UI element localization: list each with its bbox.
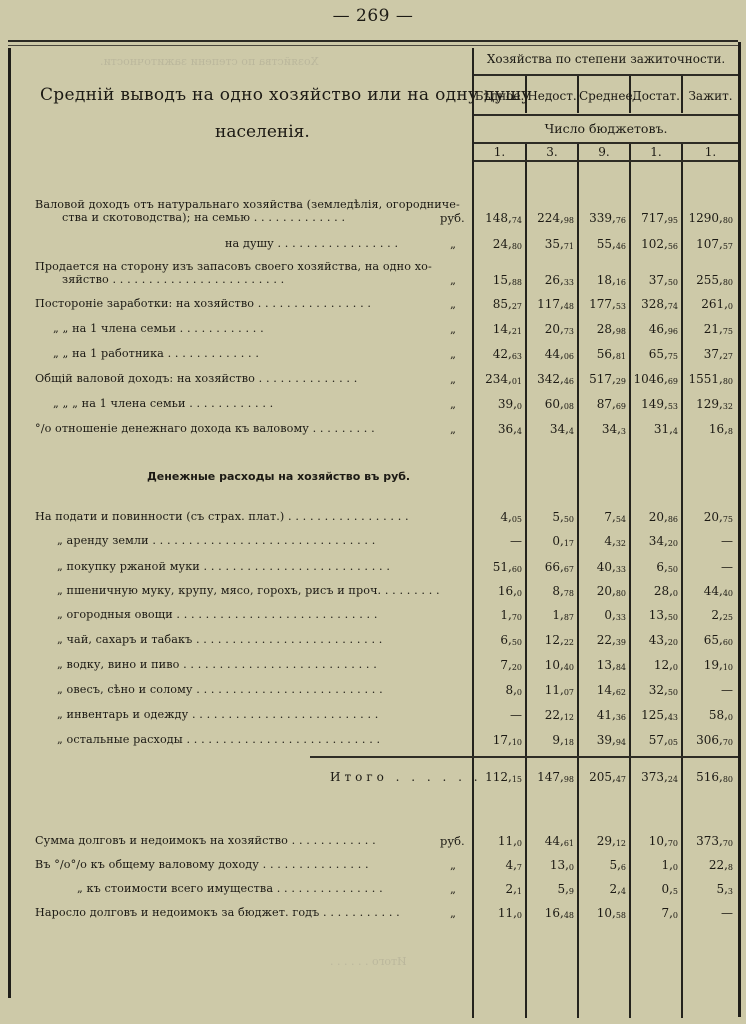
value-cell: 5,6 bbox=[609, 858, 626, 872]
value-cell: 373,70 bbox=[696, 834, 733, 848]
row-label: На подати и повинности (съ страх. плат.)… bbox=[35, 510, 409, 523]
value-cell: 8,0 bbox=[505, 683, 522, 697]
value-cell: 117,48 bbox=[537, 297, 574, 311]
value-cell: 6,50 bbox=[500, 633, 522, 647]
value-cell: 16,8 bbox=[709, 422, 733, 436]
value-cell: 65,75 bbox=[649, 347, 678, 361]
row-unit: „ bbox=[450, 372, 456, 386]
column-divider bbox=[472, 48, 474, 1018]
value-cell: 66,67 bbox=[545, 560, 574, 574]
value-cell: 112,15 bbox=[485, 770, 522, 784]
value-cell: 43,20 bbox=[649, 633, 678, 647]
value-cell: 34,20 bbox=[649, 534, 678, 548]
value-cell: 46,96 bbox=[649, 322, 678, 336]
value-cell: 17,10 bbox=[493, 733, 522, 747]
value-cell: 255,80 bbox=[696, 273, 733, 287]
value-cell: 14,62 bbox=[597, 683, 626, 697]
row-unit: „ bbox=[450, 882, 456, 896]
value-cell: 10,58 bbox=[597, 906, 626, 920]
row-label: „ чай, сахаръ и табакъ . . . . . . . . .… bbox=[57, 633, 382, 646]
value-cell: 24,80 bbox=[493, 237, 522, 251]
value-cell: 28,98 bbox=[597, 322, 626, 336]
value-cell: 36,4 bbox=[498, 422, 522, 436]
value-cell: 0,33 bbox=[604, 608, 626, 622]
value-cell: 148,74 bbox=[485, 211, 522, 225]
budget-count: 9. bbox=[579, 145, 629, 159]
value-cell: 56,81 bbox=[597, 347, 626, 361]
value-cell: 7,0 bbox=[661, 906, 678, 920]
value-cell: 5,50 bbox=[552, 510, 574, 524]
value-cell: 14,21 bbox=[493, 322, 522, 336]
value-cell: 1290,80 bbox=[688, 211, 733, 225]
frame-top-rule bbox=[8, 40, 738, 42]
row-label: на душу . . . . . . . . . . . . . . . . … bbox=[225, 237, 398, 250]
value-cell: 7,54 bbox=[604, 510, 626, 524]
budget-count-title: Число бюджетовъ. bbox=[474, 121, 738, 136]
total-rule bbox=[310, 756, 738, 758]
page-number: — 269 — bbox=[0, 6, 746, 26]
row-unit: „ bbox=[450, 322, 456, 336]
value-cell: 4,05 bbox=[500, 510, 522, 524]
row-label: „ „ „ на 1 члена семьи . . . . . . . . .… bbox=[53, 397, 273, 410]
row-label: „ остальные расходы . . . . . . . . . . … bbox=[57, 733, 380, 746]
value-cell: 57,05 bbox=[649, 733, 678, 747]
value-cell: 65,60 bbox=[704, 633, 733, 647]
value-cell: 2,25 bbox=[711, 608, 733, 622]
value-cell: 4,7 bbox=[505, 858, 522, 872]
value-cell: 5,3 bbox=[716, 882, 733, 896]
category-wealthy: Зажит. bbox=[683, 89, 738, 103]
value-cell: 1551,80 bbox=[688, 372, 733, 386]
value-cell: — bbox=[721, 906, 733, 920]
row-label: „ покупку ржаной муки . . . . . . . . . … bbox=[57, 560, 390, 573]
row-label: Въ °/o°/o къ общему валовому доходу . . … bbox=[35, 858, 369, 871]
value-cell: 20,73 bbox=[545, 322, 574, 336]
column-divider bbox=[681, 143, 683, 1018]
row-label: Наросло долговъ и недоимокъ за бюджет. г… bbox=[35, 906, 400, 919]
value-cell: 1046,69 bbox=[633, 372, 678, 386]
header-rule bbox=[474, 142, 738, 144]
row-label: Валовой доходъ отъ натуральнаго хозяйств… bbox=[35, 198, 460, 211]
row-label: °/o отношенiе денежнаго дохода къ валово… bbox=[35, 422, 375, 435]
value-cell: 37,27 bbox=[704, 347, 733, 361]
category-insufficient: Недост. bbox=[527, 89, 577, 103]
value-cell: 19,10 bbox=[704, 658, 733, 672]
value-cell: 13,84 bbox=[597, 658, 626, 672]
row-unit: „ bbox=[450, 237, 456, 251]
value-cell: 13,0 bbox=[550, 858, 574, 872]
value-cell: 102,56 bbox=[641, 237, 678, 251]
value-cell: 0,17 bbox=[552, 534, 574, 548]
value-cell: 7,20 bbox=[500, 658, 522, 672]
row-label: „ аренду земли . . . . . . . . . . . . .… bbox=[57, 534, 375, 547]
value-cell: 224,98 bbox=[537, 211, 574, 225]
value-cell: 35,71 bbox=[545, 237, 574, 251]
value-cell: 12,22 bbox=[545, 633, 574, 647]
value-cell: 107,57 bbox=[696, 237, 733, 251]
value-cell: 5,9 bbox=[557, 882, 574, 896]
row-label: „ „ на 1 работника . . . . . . . . . . .… bbox=[53, 347, 259, 360]
value-cell: 306,70 bbox=[696, 733, 733, 747]
value-cell: 717,95 bbox=[641, 211, 678, 225]
budget-count: 1. bbox=[631, 145, 681, 159]
value-cell: 21,75 bbox=[704, 322, 733, 336]
row-unit: „ bbox=[450, 297, 456, 311]
value-cell: — bbox=[721, 560, 733, 574]
value-cell: 20,80 bbox=[597, 584, 626, 598]
row-label: „ къ стоимости всего имущества . . . . .… bbox=[77, 882, 383, 895]
value-cell: — bbox=[721, 534, 733, 548]
budget-count: 1. bbox=[683, 145, 738, 159]
value-cell: 1,70 bbox=[500, 608, 522, 622]
frame-right-rule bbox=[738, 42, 741, 1017]
value-cell: 125,43 bbox=[641, 708, 678, 722]
row-label-continued: ства и скотоводства); на семью . . . . .… bbox=[62, 211, 345, 224]
column-divider bbox=[629, 143, 631, 1018]
row-unit: „ bbox=[450, 273, 456, 287]
value-cell: 328,74 bbox=[641, 297, 678, 311]
value-cell: 34,3 bbox=[602, 422, 626, 436]
row-label: „ инвентарь и одежду . . . . . . . . . .… bbox=[57, 708, 378, 721]
row-label: Сумма долговъ и недоимокъ на хозяйство .… bbox=[35, 834, 376, 847]
budget-count: 3. bbox=[527, 145, 577, 159]
value-cell: 55,46 bbox=[597, 237, 626, 251]
value-cell: 22,8 bbox=[709, 858, 733, 872]
value-cell: 16,48 bbox=[545, 906, 574, 920]
row-label: „ пшеничную муку, крупу, мясо, горохъ, р… bbox=[57, 584, 440, 597]
value-cell: 58,0 bbox=[709, 708, 733, 722]
value-cell: 41,36 bbox=[597, 708, 626, 722]
category-middle: Среднее. bbox=[579, 89, 629, 103]
value-cell: 60,08 bbox=[545, 397, 574, 411]
value-cell: 517,29 bbox=[589, 372, 626, 386]
value-cell: 8,78 bbox=[552, 584, 574, 598]
row-unit: „ bbox=[450, 858, 456, 872]
value-cell: 51,60 bbox=[493, 560, 522, 574]
value-cell: 129,32 bbox=[696, 397, 733, 411]
frame-left-rule bbox=[8, 48, 11, 998]
value-cell: 22,39 bbox=[597, 633, 626, 647]
value-cell: 13,50 bbox=[649, 608, 678, 622]
group-header: Хозяйства по степени зажиточности. bbox=[474, 52, 738, 66]
value-cell: 44,40 bbox=[704, 584, 733, 598]
value-cell: 147,98 bbox=[537, 770, 574, 784]
value-cell: 16,0 bbox=[498, 584, 522, 598]
value-cell: 32,50 bbox=[649, 683, 678, 697]
value-cell: 39,0 bbox=[498, 397, 522, 411]
column-divider bbox=[577, 143, 579, 1018]
row-label: Общiй валовой доходъ: на хозяйство . . .… bbox=[35, 372, 357, 385]
bleed-through-text: Итого . . . . . . bbox=[330, 955, 407, 968]
row-label: Продается на сторону изъ запасовъ своего… bbox=[35, 260, 432, 273]
row-unit: „ bbox=[450, 422, 456, 436]
category-sufficient: Достат. bbox=[631, 89, 681, 103]
header-rule bbox=[474, 74, 738, 76]
value-cell: 15,88 bbox=[493, 273, 522, 287]
frame-top-rule-thin bbox=[8, 45, 738, 46]
value-cell: 2,4 bbox=[609, 882, 626, 896]
category-poor: Бѣдное. bbox=[474, 89, 525, 103]
row-unit: руб. bbox=[440, 211, 465, 225]
table-title: Среднiй выводъ на одно хозяйство или на … bbox=[40, 85, 440, 105]
value-cell: 1,0 bbox=[661, 858, 678, 872]
value-cell: 0,5 bbox=[661, 882, 678, 896]
value-cell: 20,75 bbox=[704, 510, 733, 524]
row-unit: „ bbox=[450, 347, 456, 361]
value-cell: 10,70 bbox=[649, 834, 678, 848]
value-cell: 9,18 bbox=[552, 733, 574, 747]
row-label: „ водку, вино и пиво . . . . . . . . . .… bbox=[57, 658, 377, 671]
value-cell: 37,50 bbox=[649, 273, 678, 287]
value-cell: 11,0 bbox=[498, 906, 522, 920]
value-cell: 2,1 bbox=[505, 882, 522, 896]
row-label: „ огородныя овощи . . . . . . . . . . . … bbox=[57, 608, 378, 621]
value-cell: — bbox=[510, 534, 522, 548]
row-unit: „ bbox=[450, 397, 456, 411]
value-cell: 10,40 bbox=[545, 658, 574, 672]
value-cell: 339,76 bbox=[589, 211, 626, 225]
value-cell: 6,50 bbox=[656, 560, 678, 574]
row-label: Посторонiе заработки: на хозяйство . . .… bbox=[35, 297, 371, 310]
expenses-section-title: Денежные расходы на хозяйство въ руб. bbox=[147, 470, 410, 483]
value-cell: 87,69 bbox=[597, 397, 626, 411]
value-cell: 18,16 bbox=[597, 273, 626, 287]
value-cell: 12,0 bbox=[654, 658, 678, 672]
value-cell: 85,27 bbox=[493, 297, 522, 311]
total-label: Итого . . . . . . bbox=[330, 770, 482, 784]
row-label-continued: зяйство . . . . . . . . . . . . . . . . … bbox=[62, 273, 284, 286]
value-cell: 34,4 bbox=[550, 422, 574, 436]
value-cell: 1,87 bbox=[552, 608, 574, 622]
value-cell: 149,53 bbox=[641, 397, 678, 411]
column-divider bbox=[525, 143, 527, 1018]
value-cell: 44,06 bbox=[545, 347, 574, 361]
row-unit: руб. bbox=[440, 834, 465, 848]
value-cell: — bbox=[510, 708, 522, 722]
value-cell: 205,47 bbox=[589, 770, 626, 784]
value-cell: 261,0 bbox=[701, 297, 733, 311]
table-title-continued: населенiя. bbox=[215, 122, 310, 142]
budget-count: 1. bbox=[474, 145, 525, 159]
value-cell: 373,24 bbox=[641, 770, 678, 784]
value-cell: 11,07 bbox=[545, 683, 574, 697]
row-label: „ овесъ, сѣно и солому . . . . . . . . .… bbox=[57, 683, 383, 696]
value-cell: 516,80 bbox=[696, 770, 733, 784]
value-cell: 20,86 bbox=[649, 510, 678, 524]
value-cell: 11,0 bbox=[498, 834, 522, 848]
value-cell: 39,94 bbox=[597, 733, 626, 747]
value-cell: 44,61 bbox=[545, 834, 574, 848]
header-rule bbox=[474, 160, 738, 162]
value-cell: 28,0 bbox=[654, 584, 678, 598]
value-cell: 22,12 bbox=[545, 708, 574, 722]
value-cell: 234,01 bbox=[485, 372, 522, 386]
bleed-through-text: Хозяйства по степени зажиточности. bbox=[100, 55, 318, 68]
value-cell: 40,33 bbox=[597, 560, 626, 574]
value-cell: 26,33 bbox=[545, 273, 574, 287]
value-cell: 342,46 bbox=[537, 372, 574, 386]
value-cell: — bbox=[721, 683, 733, 697]
row-label: „ „ на 1 члена семьи . . . . . . . . . .… bbox=[53, 322, 264, 335]
value-cell: 177,53 bbox=[589, 297, 626, 311]
value-cell: 29,12 bbox=[597, 834, 626, 848]
row-unit: „ bbox=[450, 906, 456, 920]
value-cell: 4,32 bbox=[604, 534, 626, 548]
value-cell: 42,63 bbox=[493, 347, 522, 361]
value-cell: 31,4 bbox=[654, 422, 678, 436]
header-rule bbox=[474, 114, 738, 116]
